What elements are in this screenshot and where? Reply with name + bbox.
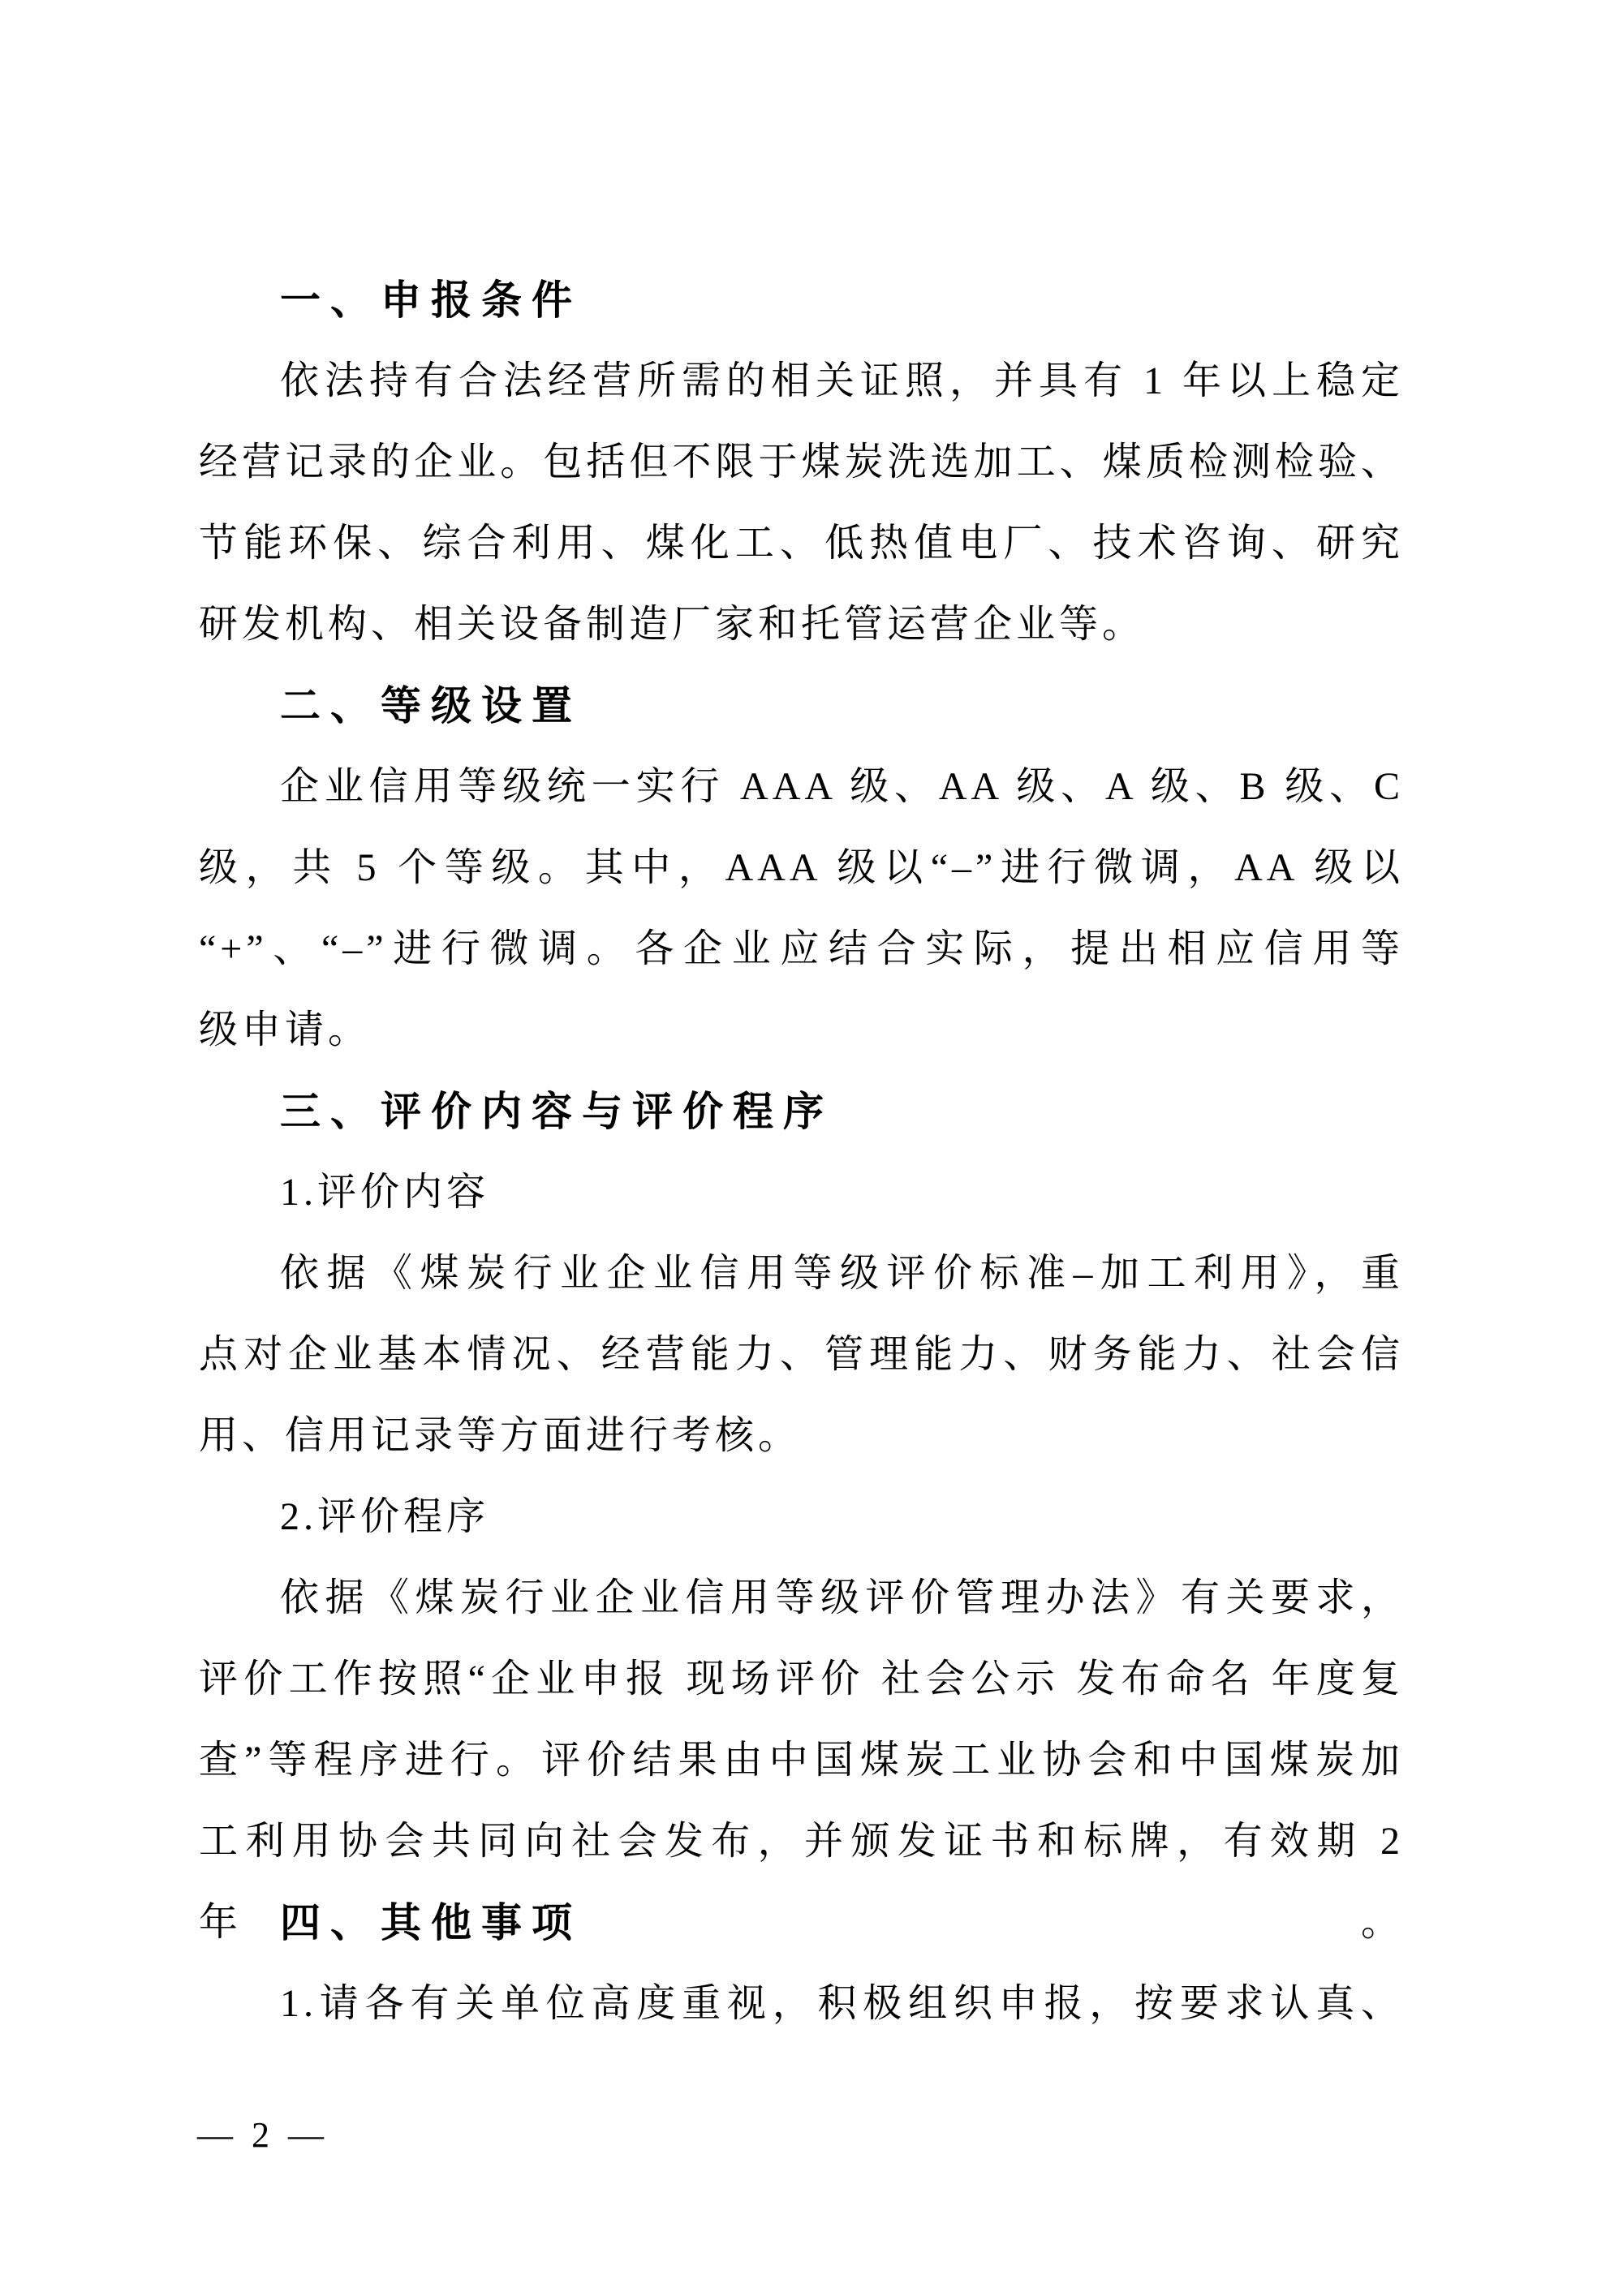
section-heading: 三、评价内容与评价程序 bbox=[199, 1071, 1404, 1152]
body-text-line: 依据《煤炭行业企业信用等级评价管理办法》有关要求， bbox=[199, 1558, 1404, 1639]
body-text-line: 节能环保、综合利用、煤化工、低热值电厂、技术咨询、研究 bbox=[199, 503, 1404, 584]
body-text-line: 查”等程序进行。评价结果由中国煤炭工业协会和中国煤炭加 bbox=[199, 1720, 1404, 1801]
body-text-line: 评价工作按照“企业申报 现场评价 社会公示 发布命名 年度复 bbox=[199, 1639, 1404, 1720]
body-text-line: 1.请各有关单位高度重视，积极组织申报，按要求认真、 bbox=[199, 1963, 1404, 2044]
body-text-line: 2.评价程序 bbox=[199, 1477, 1404, 1558]
section-heading: 二、等级设置 bbox=[199, 665, 1404, 746]
document-page: 一、申报条件依法持有合法经营所需的相关证照，并具有 1 年以上稳定经营记录的企业… bbox=[0, 0, 1623, 2296]
page-number: — 2 — bbox=[197, 2103, 329, 2168]
body-text-line: “+”、“–”进行微调。各企业应结合实际，提出相应信用等 bbox=[199, 909, 1404, 990]
body-text-line: 企业信用等级统一实行 AAA 级、AA 级、A 级、B 级、C bbox=[199, 746, 1404, 828]
document-body: 一、申报条件依法持有合法经营所需的相关证照，并具有 1 年以上稳定经营记录的企业… bbox=[199, 260, 1404, 2044]
section-heading: 一、申报条件 bbox=[199, 260, 1404, 341]
body-text-line: 1.评价内容 bbox=[199, 1152, 1404, 1233]
body-text-line: 依法持有合法经营所需的相关证照，并具有 1 年以上稳定 bbox=[199, 341, 1404, 422]
body-text-line: 级申请。 bbox=[199, 990, 1404, 1071]
body-text-line: 依据《煤炭行业企业信用等级评价标准–加工利用》，重 bbox=[199, 1233, 1404, 1314]
body-text-line: 用、信用记录等方面进行考核。 bbox=[199, 1395, 1404, 1477]
body-text-line: 级，共 5 个等级。其中，AAA 级以“–”进行微调，AA 级以 bbox=[199, 828, 1404, 909]
body-text-line: 工利用协会共同向社会发布，并颁发证书和标牌，有效期 2 年。 bbox=[199, 1801, 1404, 1882]
body-text-line: 经营记录的企业。包括但不限于煤炭洗选加工、煤质检测检验、 bbox=[199, 422, 1404, 503]
body-text-line: 点对企业基本情况、经营能力、管理能力、财务能力、社会信 bbox=[199, 1314, 1404, 1395]
body-text-line: 研发机构、相关设备制造厂家和托管运营企业等。 bbox=[199, 584, 1404, 665]
